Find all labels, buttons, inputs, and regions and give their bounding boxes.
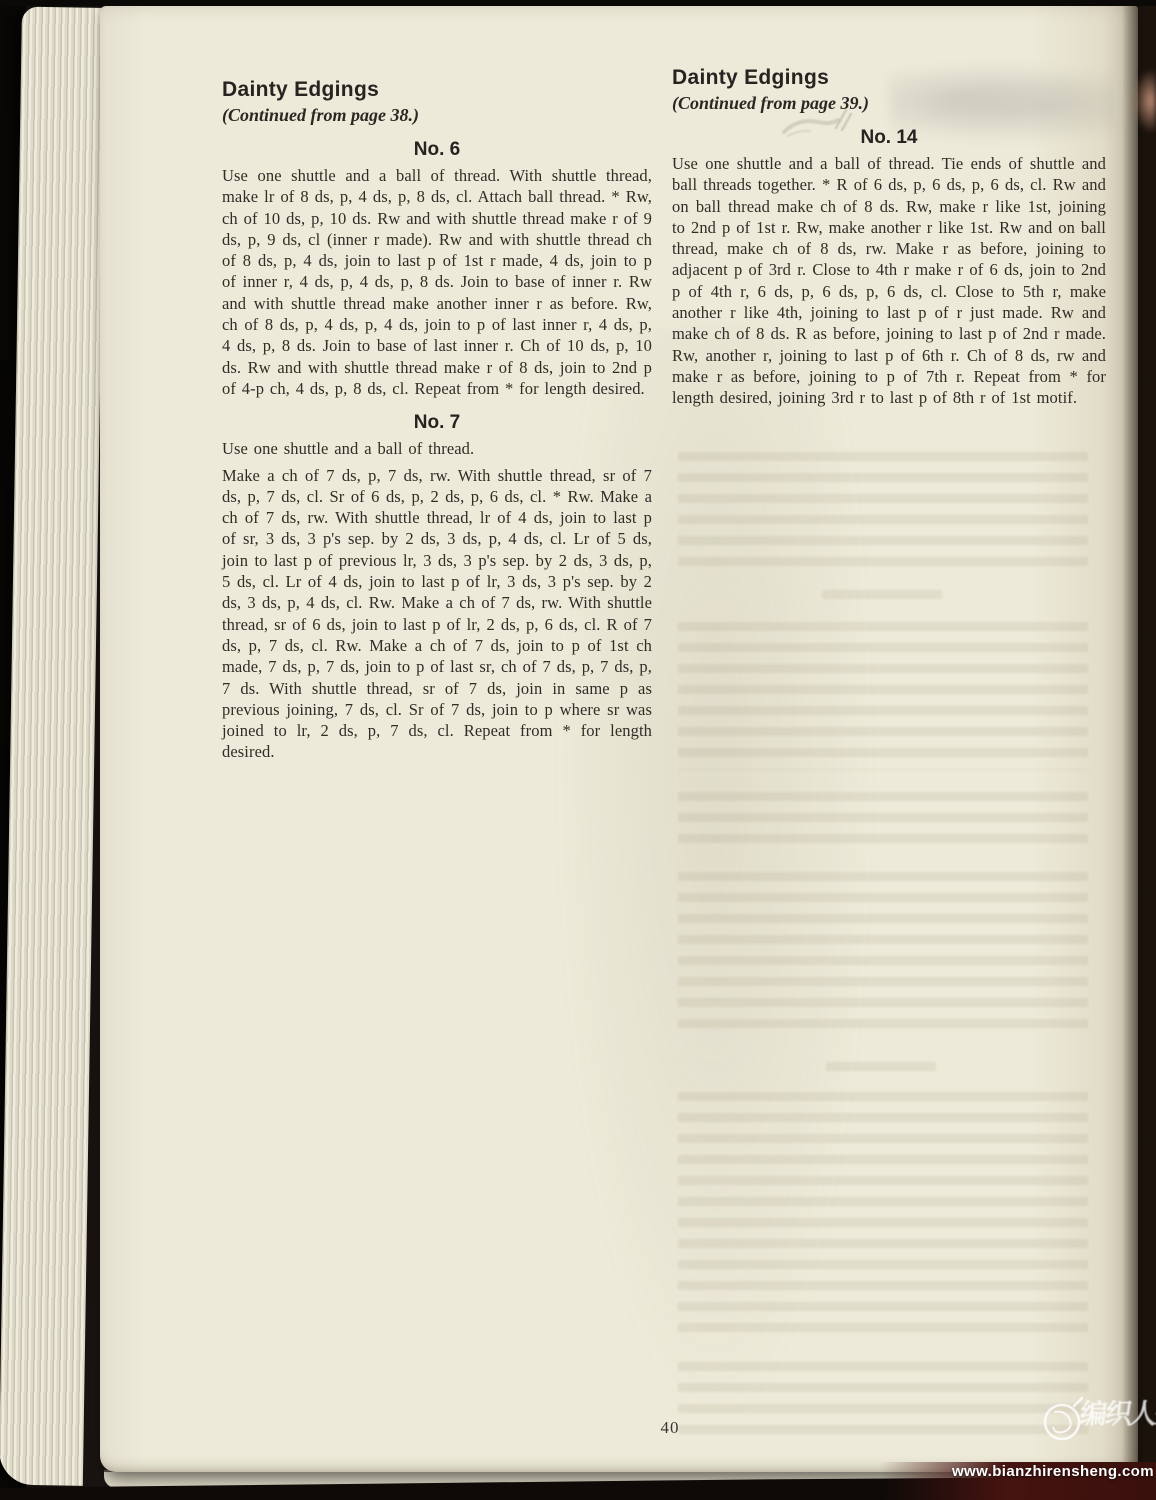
pattern-text-no14: Use one shuttle and a ball of thread. Ti… (672, 153, 1106, 409)
fingertip-blur (1134, 70, 1156, 132)
continued-note: (Continued from page 39.) (672, 92, 1106, 114)
bleed-through-text (822, 590, 942, 608)
pattern-intro-no7: Use one shuttle and a ball of thread. (222, 438, 652, 459)
watermark-url: www.bianzhirensheng.com (918, 1463, 1156, 1480)
bleed-through-text (678, 622, 1088, 770)
logo-text: 编织人生 (1078, 1400, 1156, 1430)
column-heading: Dainty Edgings (222, 78, 652, 102)
pattern-text-no6: Use one shuttle and a ball of thread. Wi… (222, 165, 652, 399)
bleed-through-text (678, 872, 1088, 1040)
photo-top-edge (0, 0, 1156, 6)
yarn-swirl-icon (1040, 1394, 1084, 1454)
bleed-through-text (826, 1062, 936, 1078)
column-heading: Dainty Edgings (672, 66, 1106, 90)
bleed-through-text (678, 792, 1088, 850)
bleed-through-text (678, 452, 1088, 570)
bleed-through-text (678, 1092, 1088, 1342)
knitting-life-logo: 编织人生 (1040, 1386, 1156, 1464)
section-title-no6: No. 6 (222, 139, 652, 160)
pattern-text-no7: Make a ch of 7 ds, p, 7 ds, rw. With shu… (222, 465, 652, 763)
page-edge-stack (0, 7, 106, 1486)
book-page: Dainty Edgings (Continued from page 38.)… (100, 6, 1138, 1472)
left-column: Dainty Edgings (Continued from page 38.)… (222, 78, 652, 763)
continued-note: (Continued from page 38.) (222, 104, 652, 126)
section-title-no7: No. 7 (222, 412, 652, 433)
page-number: 40 (620, 1418, 720, 1438)
section-title-no14: No. 14 (672, 127, 1106, 148)
bleed-through-text (678, 1362, 1088, 1442)
right-column: Dainty Edgings (Continued from page 39.)… (672, 66, 1106, 409)
photo-right-edge (1122, 0, 1156, 1500)
book-page-photo: Dainty Edgings (Continued from page 38.)… (0, 0, 1156, 1500)
